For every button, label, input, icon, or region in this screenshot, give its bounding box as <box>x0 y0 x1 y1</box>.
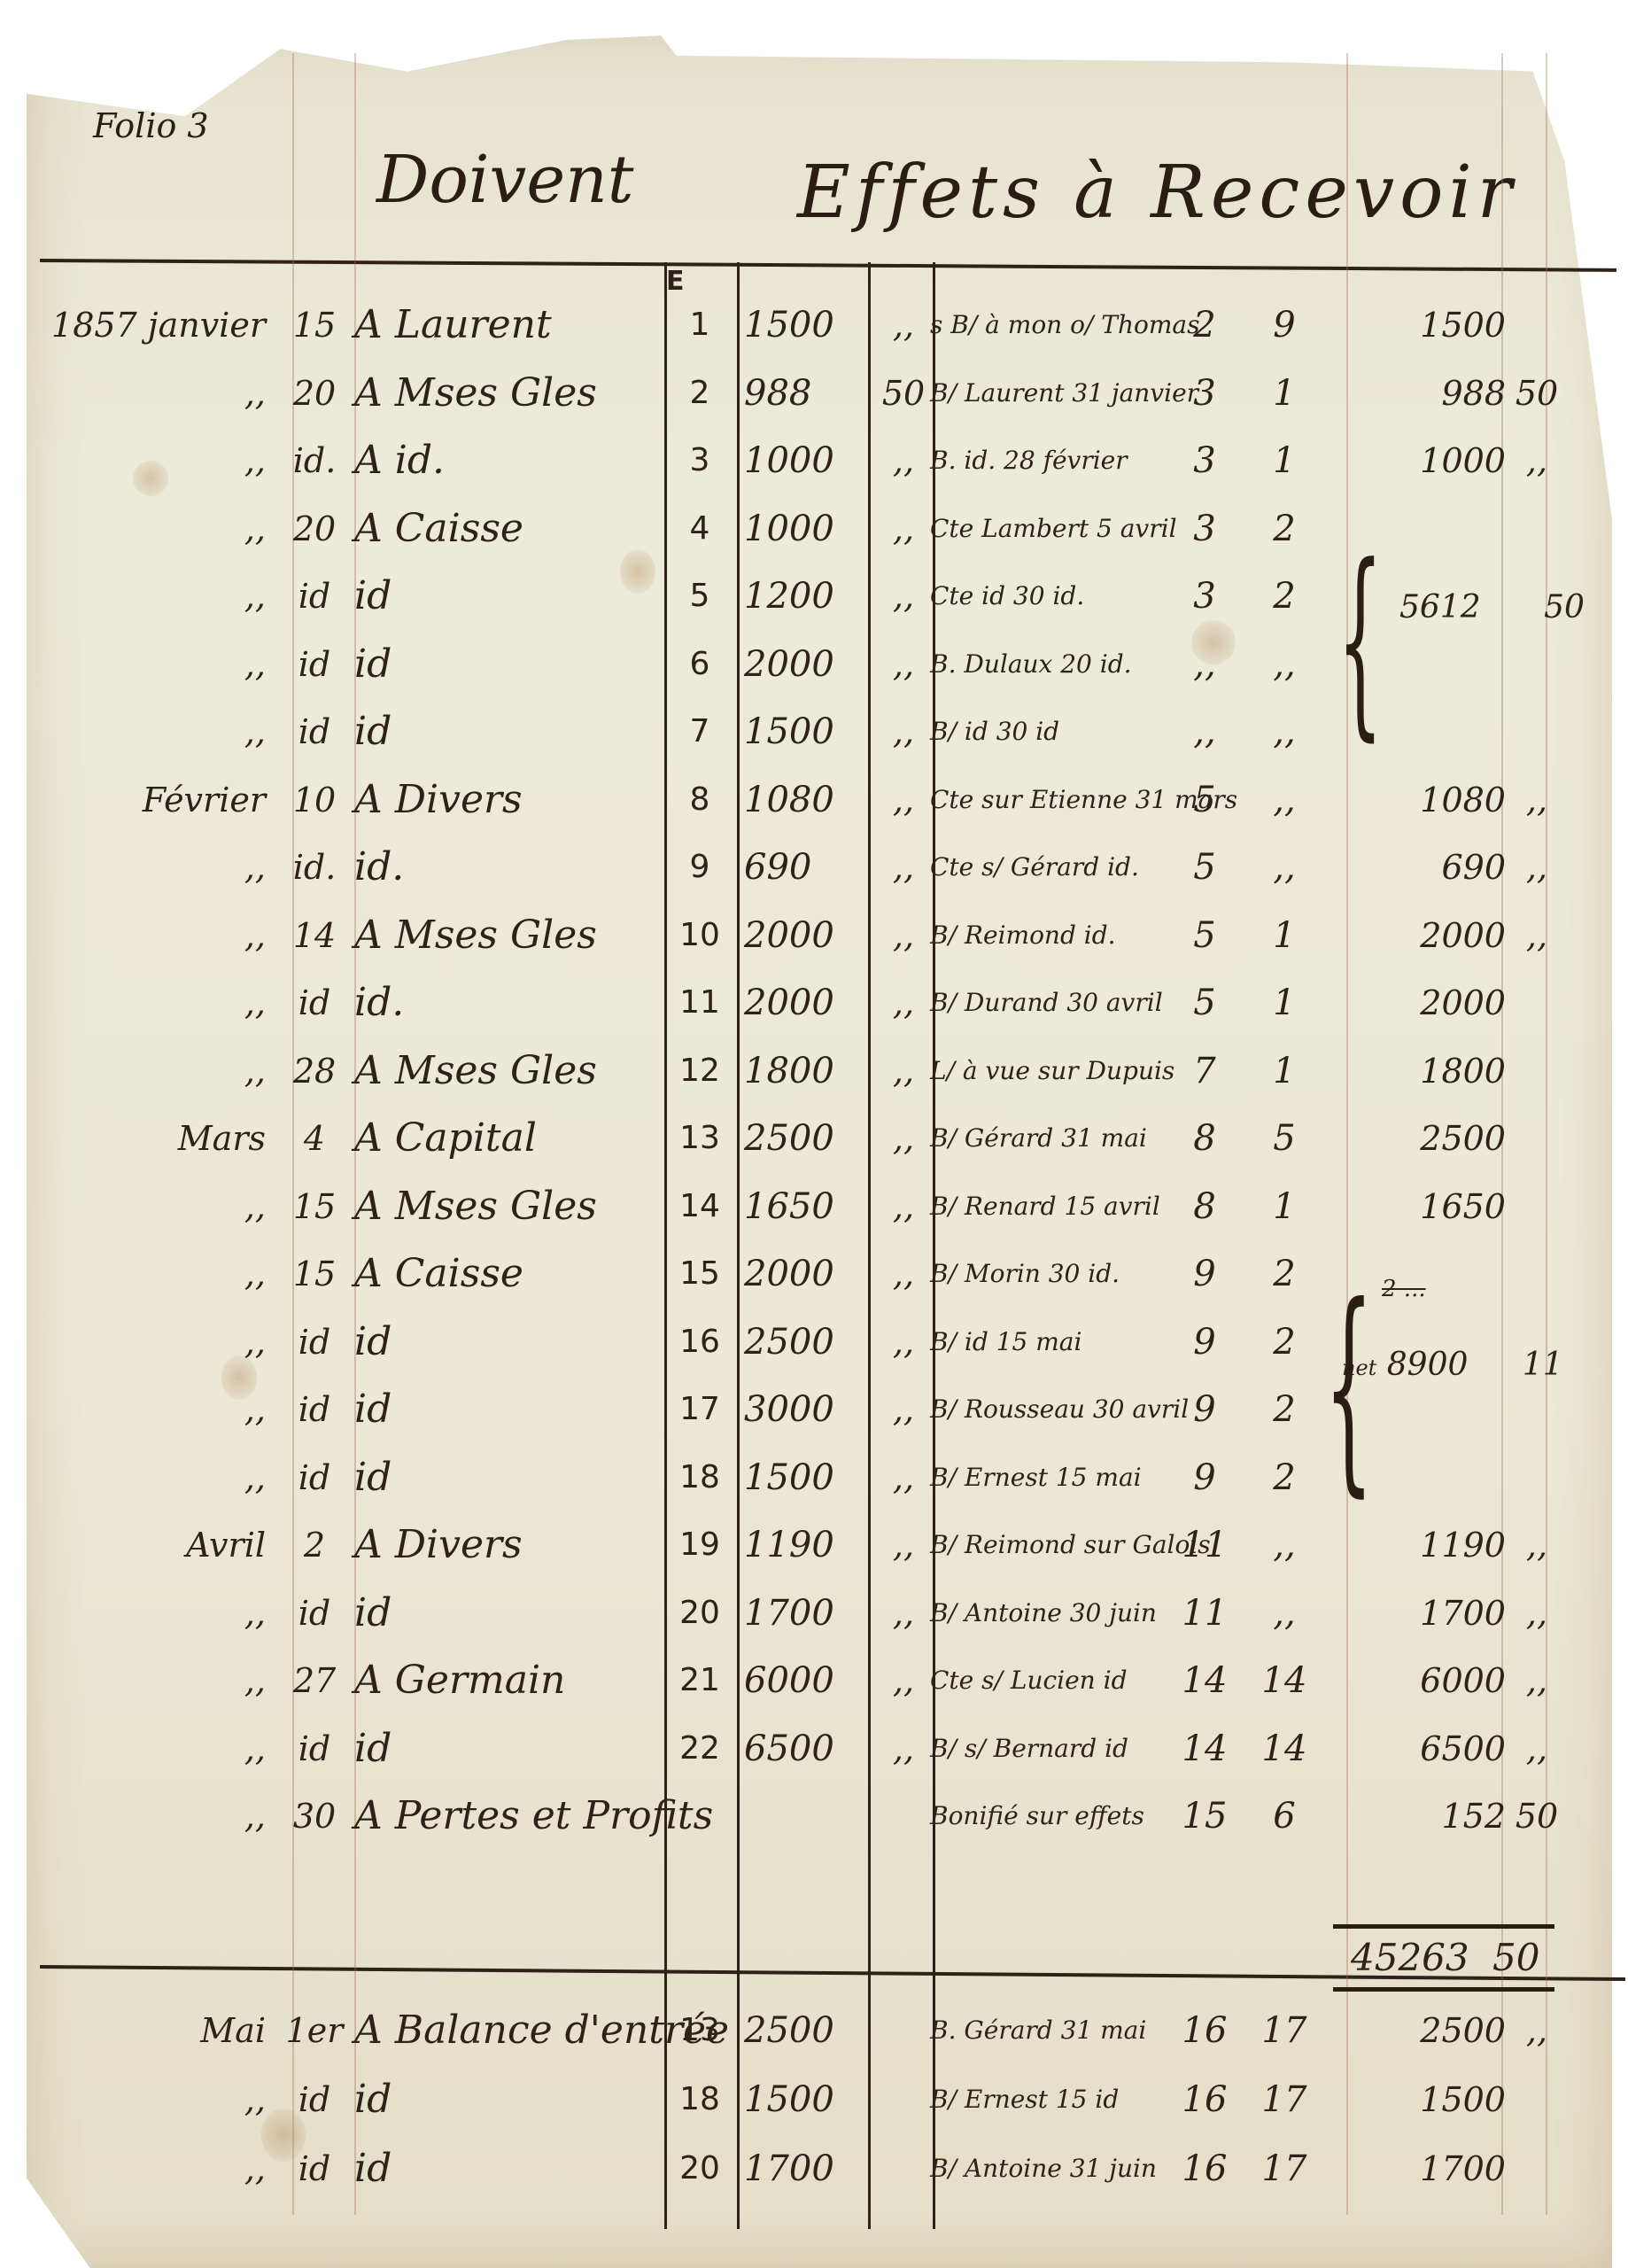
entry-day: 15 <box>283 1174 345 1239</box>
entry-description: B/ id 30 id <box>930 699 1196 765</box>
entry-day: id. <box>283 835 345 900</box>
entry-cents: ,, <box>881 1309 926 1375</box>
table-row: ,,idid201700,,B/ Antoine 30 juin11,,1700… <box>0 1581 1628 1646</box>
entry-number: 21 <box>673 1648 726 1713</box>
table-row: ,,idid181500,,B/ Ernest 15 mai92 <box>0 1445 1628 1511</box>
entry-folio-a: 8 <box>1178 1174 1231 1239</box>
entry-amount: 1700 <box>744 1581 877 1646</box>
entry-amount: 1200 <box>744 563 877 629</box>
entry-description: B. id. 28 février <box>930 428 1196 493</box>
entry-total: 2500 <box>1364 1106 1506 1171</box>
entry-folio-b: ,, <box>1258 835 1311 900</box>
entry-total: 690 <box>1364 835 1506 900</box>
entry-day: id <box>283 970 345 1036</box>
entry-number: 10 <box>673 903 726 968</box>
entry-day: 28 <box>283 1038 345 1104</box>
entry-folio-a: 11 <box>1178 1512 1231 1578</box>
entry-day: id. <box>283 428 345 493</box>
entry-number: 4 <box>673 496 726 562</box>
entry-number: 11 <box>673 970 726 1036</box>
entry-day: 20 <box>283 496 345 562</box>
entry-description: B/ Ernest 15 id <box>930 2067 1196 2132</box>
entry-month: ,, <box>44 1445 266 1511</box>
entry-number: 17 <box>673 1377 726 1442</box>
entry-account: A Mses Gles <box>354 903 655 968</box>
entry-cents: ,, <box>881 1038 926 1104</box>
entry-description: s B/ à mon o/ Thomas <box>930 292 1196 358</box>
entry-amount: 1700 <box>744 2136 877 2202</box>
entry-day: 30 <box>283 1783 345 1849</box>
entry-description: Cte s/ Gérard id. <box>930 835 1196 900</box>
entry-total: 2500 <box>1364 1998 1506 2063</box>
entry-total-cents: ,, <box>1506 1581 1568 1646</box>
entry-cents: ,, <box>881 496 926 562</box>
entry-number: 6 <box>673 632 726 697</box>
entry-account: id <box>354 632 655 697</box>
table-row: ,,14A Mses Gles102000,,B/ Reimond id.512… <box>0 903 1628 968</box>
entry-amount: 1500 <box>744 699 877 765</box>
table-row: Avril2A Divers191190,,B/ Reimond sur Gal… <box>0 1512 1628 1578</box>
entry-folio-a: 5 <box>1178 903 1231 968</box>
entry-number: 22 <box>673 1716 726 1782</box>
entry-day: id <box>283 1581 345 1646</box>
entry-amount: 1500 <box>744 2067 877 2132</box>
entry-folio-a: 9 <box>1178 1445 1231 1511</box>
entry-month: ,, <box>44 835 266 900</box>
table-row: ,,28A Mses Gles121800,,L/ à vue sur Dupu… <box>0 1038 1628 1104</box>
entry-folio-b: 1 <box>1258 428 1311 493</box>
entry-total: 1700 <box>1364 1581 1506 1646</box>
table-row: ,,30A Pertes et ProfitsBonifié sur effet… <box>0 1783 1628 1849</box>
entry-month: ,, <box>44 632 266 697</box>
entry-month: ,, <box>44 1783 266 1849</box>
entry-total: 2000 <box>1364 970 1506 1036</box>
entry-account: id <box>354 1445 655 1511</box>
table-row: ,,idid51200,,Cte id 30 id.32 <box>0 563 1628 629</box>
entry-folio-b: 1 <box>1258 970 1311 1036</box>
entry-number: 8 <box>673 767 726 833</box>
entry-folio-a: 3 <box>1178 428 1231 493</box>
entry-month: 1857 janvier <box>44 292 266 358</box>
entry-month: ,, <box>44 2136 266 2202</box>
entry-description: B/ Reimond sur Galois <box>930 1512 1196 1578</box>
entry-folio-b: 14 <box>1258 1716 1311 1782</box>
entry-folio-a: 2 <box>1178 292 1231 358</box>
entry-description: B/ Laurent 31 janvier <box>930 361 1196 426</box>
table-row: Mai1erA Balance d'entrée132500B. Gérard … <box>0 1998 1628 2063</box>
entry-description: B/ Reimond id. <box>930 903 1196 968</box>
entry-account: id <box>354 2067 655 2132</box>
entry-total: 6500 <box>1364 1716 1506 1782</box>
entry-month: ,, <box>44 1581 266 1646</box>
entry-folio-a: 9 <box>1178 1309 1231 1375</box>
entry-cents: ,, <box>881 903 926 968</box>
entry-month: ,, <box>44 970 266 1036</box>
entry-day: 14 <box>283 903 345 968</box>
table-row: ,,idid71500,,B/ id 30 id,,,, <box>0 699 1628 765</box>
table-row: 1857 janvier15A Laurent11500,,s B/ à mon… <box>0 292 1628 358</box>
entry-number: 15 <box>673 1241 726 1307</box>
entry-folio-a: 5 <box>1178 767 1231 833</box>
entry-account: id <box>354 1309 655 1375</box>
entry-total-cents: ,, <box>1506 1716 1568 1782</box>
entry-folio-a: 14 <box>1178 1716 1231 1782</box>
entry-amount: 988 <box>744 361 877 426</box>
entry-month: Avril <box>44 1512 266 1578</box>
table-row: ,,27A Germain216000,,Cte s/ Lucien id141… <box>0 1648 1628 1713</box>
entry-cents: ,, <box>881 563 926 629</box>
entry-account: A Mses Gles <box>354 1038 655 1104</box>
entry-account: A Mses Gles <box>354 1174 655 1239</box>
entry-day: id <box>283 563 345 629</box>
entry-total: 1000 <box>1364 428 1506 493</box>
entry-cents: ,, <box>881 1581 926 1646</box>
entry-cents: ,, <box>881 835 926 900</box>
entry-folio-b: 17 <box>1258 2136 1311 2202</box>
group-total-1: 5612 50 <box>1399 589 1585 625</box>
table-row: ,,idid173000,,B/ Rousseau 30 avril92 <box>0 1377 1628 1442</box>
entry-folio-a: 8 <box>1178 1106 1231 1171</box>
entry-folio-a: 16 <box>1178 1998 1231 2063</box>
entry-folio-a: 15 <box>1178 1783 1231 1849</box>
entry-account: A Divers <box>354 1512 655 1578</box>
entry-folio-b: 1 <box>1258 1038 1311 1104</box>
entry-number: 7 <box>673 699 726 765</box>
entry-folio-b: ,, <box>1258 1581 1311 1646</box>
entry-folio-b: 1 <box>1258 361 1311 426</box>
entry-description: L/ à vue sur Dupuis <box>930 1038 1196 1104</box>
entry-description: B/ Ernest 15 mai <box>930 1445 1196 1511</box>
entry-month: ,, <box>44 1038 266 1104</box>
entry-month: Mai <box>44 1998 266 2063</box>
entry-folio-a: 9 <box>1178 1241 1231 1307</box>
entry-amount: 1190 <box>744 1512 877 1578</box>
entry-amount: 1650 <box>744 1174 877 1239</box>
entry-account: id <box>354 2136 655 2202</box>
entry-amount: 1500 <box>744 292 877 358</box>
entry-day: 10 <box>283 767 345 833</box>
entry-number: 18 <box>673 2067 726 2132</box>
entry-day: id <box>283 1716 345 1782</box>
entry-total: 1500 <box>1364 2067 1506 2132</box>
entry-account: A Germain <box>354 1648 655 1713</box>
group-brace: { <box>1324 1258 1374 1516</box>
entry-cents: ,, <box>881 1716 926 1782</box>
table-row: ,,id.id.9690,,Cte s/ Gérard id.5,,690,, <box>0 835 1628 900</box>
entry-account: A Pertes et Profits <box>354 1783 655 1849</box>
entry-amount: 1500 <box>744 1445 877 1511</box>
entry-total-cents: ,, <box>1506 903 1568 968</box>
entry-account: id <box>354 699 655 765</box>
left-heading: Doivent <box>376 142 634 218</box>
entry-number: 1 <box>673 292 726 358</box>
group-brace: { <box>1337 523 1383 759</box>
entry-account: id <box>354 1716 655 1782</box>
entry-folio-a: 16 <box>1178 2067 1231 2132</box>
table-row: ,,idid226500,,B/ s/ Bernard id14146500,, <box>0 1716 1628 1782</box>
entry-cents: ,, <box>881 1512 926 1578</box>
grand-total: 45263 50 <box>1333 1924 1554 1992</box>
entry-number: 13 <box>673 1106 726 1171</box>
entry-number: 9 <box>673 835 726 900</box>
entry-folio-b: 1 <box>1258 903 1311 968</box>
entry-day: id <box>283 1377 345 1442</box>
entry-cents: ,, <box>881 1377 926 1442</box>
entry-folio-a: 9 <box>1178 1377 1231 1442</box>
entry-account: id <box>354 1581 655 1646</box>
entry-folio-a: 5 <box>1178 835 1231 900</box>
entry-folio-b: 2 <box>1258 1309 1311 1375</box>
entry-month: ,, <box>44 1309 266 1375</box>
table-row: ,,idid62000,,B. Dulaux 20 id.,,,, <box>0 632 1628 697</box>
entry-day: id <box>283 2067 345 2132</box>
entry-day: 15 <box>283 292 345 358</box>
entry-account: A Caisse <box>354 1241 655 1307</box>
entry-day: 2 <box>283 1512 345 1578</box>
entry-folio-a: ,, <box>1178 632 1231 697</box>
entry-cents: ,, <box>881 428 926 493</box>
entry-total-cents: ,, <box>1506 1998 1568 2063</box>
entry-number: 13 <box>673 1998 726 2063</box>
entry-number: 19 <box>673 1512 726 1578</box>
entry-description: B. Gérard 31 mai <box>930 1998 1196 2063</box>
entry-folio-a: 3 <box>1178 496 1231 562</box>
entry-description: B/ Antoine 31 juin <box>930 2136 1196 2202</box>
entry-number: 20 <box>673 1581 726 1646</box>
entry-total-cents: ,, <box>1506 835 1568 900</box>
entry-folio-b: ,, <box>1258 767 1311 833</box>
entry-number: 16 <box>673 1309 726 1375</box>
entry-amount: 2500 <box>744 1106 877 1171</box>
entry-day: 4 <box>283 1106 345 1171</box>
entry-account: id. <box>354 970 655 1036</box>
entry-cents: ,, <box>881 632 926 697</box>
entry-cents: ,, <box>881 1241 926 1307</box>
entry-total: 152 <box>1364 1783 1506 1849</box>
entry-total-cents: ,, <box>1506 428 1568 493</box>
table-row: ,,id.A id.31000,,B. id. 28 février311000… <box>0 428 1628 493</box>
entry-month: ,, <box>44 1241 266 1307</box>
entry-total: 988 <box>1364 361 1506 426</box>
entry-number: 2 <box>673 361 726 426</box>
entry-cents: ,, <box>881 970 926 1036</box>
table-row: ,,idid.112000,,B/ Durand 30 avril512000 <box>0 970 1628 1036</box>
entry-amount: 2000 <box>744 903 877 968</box>
entry-day: id <box>283 632 345 697</box>
entry-description: B/ Durand 30 avril <box>930 970 1196 1036</box>
entry-number: 3 <box>673 428 726 493</box>
entry-description: B/ Gérard 31 mai <box>930 1106 1196 1171</box>
entry-month: ,, <box>44 903 266 968</box>
entry-folio-b: 9 <box>1258 292 1311 358</box>
table-row: ,,idid181500B/ Ernest 15 id16171500 <box>0 2067 1628 2132</box>
entry-amount: 1080 <box>744 767 877 833</box>
entry-folio-b: ,, <box>1258 699 1311 765</box>
entry-cents: ,, <box>881 767 926 833</box>
entry-cents: ,, <box>881 1648 926 1713</box>
entry-amount: 2000 <box>744 970 877 1036</box>
entry-description: B/ Renard 15 avril <box>930 1174 1196 1239</box>
entry-folio-b: 2 <box>1258 496 1311 562</box>
entry-folio-b: 6 <box>1258 1783 1311 1849</box>
entry-cents: ,, <box>881 699 926 765</box>
entry-account: A Caisse <box>354 496 655 562</box>
entry-folio-a: 7 <box>1178 1038 1231 1104</box>
entry-amount: 690 <box>744 835 877 900</box>
entry-number: 18 <box>673 1445 726 1511</box>
entry-cents: ,, <box>881 1174 926 1239</box>
entry-description: B/ Antoine 30 juin <box>930 1581 1196 1646</box>
entry-amount: 1800 <box>744 1038 877 1104</box>
entry-account: A Divers <box>354 767 655 833</box>
entry-amount: 2000 <box>744 1241 877 1307</box>
entry-total-cents: 50 <box>1506 361 1568 426</box>
entry-folio-b: ,, <box>1258 1512 1311 1578</box>
entry-cents: ,, <box>881 292 926 358</box>
entry-description: B/ Rousseau 30 avril <box>930 1377 1196 1442</box>
entry-month: ,, <box>44 361 266 426</box>
entry-folio-a: ,, <box>1178 699 1231 765</box>
entry-description: Cte Lambert 5 avril <box>930 496 1196 562</box>
entry-description: B/ s/ Bernard id <box>930 1716 1196 1782</box>
entry-cents: 50 <box>881 361 926 426</box>
entry-description: B/ id 15 mai <box>930 1309 1196 1375</box>
entry-month: Février <box>44 767 266 833</box>
entry-month: ,, <box>44 1716 266 1782</box>
entry-description: Cte s/ Lucien id <box>930 1648 1196 1713</box>
entry-folio-a: 3 <box>1178 563 1231 629</box>
entry-day: id <box>283 1309 345 1375</box>
table-row: ,,15A Mses Gles141650,,B/ Renard 15 avri… <box>0 1174 1628 1239</box>
entry-total: 2000 <box>1364 903 1506 968</box>
entry-total: 6000 <box>1364 1648 1506 1713</box>
entry-amount: 6000 <box>744 1648 877 1713</box>
entry-total: 1650 <box>1364 1174 1506 1239</box>
entry-day: id <box>283 1445 345 1511</box>
entry-total-cents: ,, <box>1506 767 1568 833</box>
entry-month: ,, <box>44 1174 266 1239</box>
entry-folio-b: 2 <box>1258 1445 1311 1511</box>
entry-folio-b: 1 <box>1258 1174 1311 1239</box>
entry-month: ,, <box>44 699 266 765</box>
entry-month: ,, <box>44 1648 266 1713</box>
entry-month: ,, <box>44 428 266 493</box>
entry-account: A Laurent <box>354 292 655 358</box>
entry-amount: 2500 <box>744 1309 877 1375</box>
entry-folio-b: 14 <box>1258 1648 1311 1713</box>
entry-day: 27 <box>283 1648 345 1713</box>
group-total-2: net 8900 11 <box>1342 1347 1563 1383</box>
entry-amount: 6500 <box>744 1716 877 1782</box>
entry-total: 1190 <box>1364 1512 1506 1578</box>
entry-account: id <box>354 563 655 629</box>
entry-day: 15 <box>283 1241 345 1307</box>
entry-day: 20 <box>283 361 345 426</box>
right-heading: Effets à Recevoir <box>797 151 1517 235</box>
entry-amount: 2000 <box>744 632 877 697</box>
entry-month: ,, <box>44 1377 266 1442</box>
entry-account: id <box>354 1377 655 1442</box>
entry-folio-b: 17 <box>1258 1998 1311 2063</box>
entry-folio-a: 3 <box>1178 361 1231 426</box>
entry-account: A Balance d'entrée <box>354 1998 655 2063</box>
entry-day: id <box>283 2136 345 2202</box>
table-row: Février10A Divers81080,,Cte sur Etienne … <box>0 767 1628 833</box>
entry-description: B/ Morin 30 id. <box>930 1241 1196 1307</box>
entry-folio-b: 2 <box>1258 563 1311 629</box>
entry-month: Mars <box>44 1106 266 1171</box>
entry-total: 1080 <box>1364 767 1506 833</box>
table-row: Mars4A Capital132500,,B/ Gérard 31 mai85… <box>0 1106 1628 1171</box>
entry-number: 5 <box>673 563 726 629</box>
entry-amount: 1000 <box>744 428 877 493</box>
entry-folio-b: 2 <box>1258 1241 1311 1307</box>
entry-folio-b: 17 <box>1258 2067 1311 2132</box>
entry-amount: 1000 <box>744 496 877 562</box>
entry-description: B. Dulaux 20 id. <box>930 632 1196 697</box>
entry-folio-a: 5 <box>1178 970 1231 1036</box>
table-row: ,,20A Mses Gles298850B/ Laurent 31 janvi… <box>0 361 1628 426</box>
entry-description: Cte sur Etienne 31 mars <box>930 767 1196 833</box>
entry-day: 1er <box>283 1998 345 2063</box>
entry-total-cents: ,, <box>1506 1512 1568 1578</box>
entry-amount: 3000 <box>744 1377 877 1442</box>
entry-number: 20 <box>673 2136 726 2202</box>
entry-account: A id. <box>354 428 655 493</box>
table-row: ,,idid201700B/ Antoine 31 juin16171700 <box>0 2136 1628 2202</box>
entry-folio-b: 2 <box>1258 1377 1311 1442</box>
entry-cents: ,, <box>881 1106 926 1171</box>
entry-total: 1800 <box>1364 1038 1506 1104</box>
entry-folio-b: ,, <box>1258 632 1311 697</box>
entry-month: ,, <box>44 563 266 629</box>
group-total-struck: 2 ... <box>1382 1276 1426 1302</box>
entry-number: 12 <box>673 1038 726 1104</box>
entry-folio-a: 11 <box>1178 1581 1231 1646</box>
entry-folio-a: 16 <box>1178 2136 1231 2202</box>
grand-total-amount: 45263 <box>1351 1929 1469 1987</box>
grand-total-cents: 50 <box>1492 1929 1539 1987</box>
entry-description: Cte id 30 id. <box>930 563 1196 629</box>
entry-description: Bonifié sur effets <box>930 1783 1196 1849</box>
entry-folio-a: 14 <box>1178 1648 1231 1713</box>
entry-account: A Mses Gles <box>354 361 655 426</box>
entry-total: 1700 <box>1364 2136 1506 2202</box>
entry-amount: 2500 <box>744 1998 877 2063</box>
entry-account: id. <box>354 835 655 900</box>
entry-month: ,, <box>44 2067 266 2132</box>
entry-folio-b: 5 <box>1258 1106 1311 1171</box>
entry-day: id <box>283 699 345 765</box>
folio-label: Folio 3 <box>93 106 209 145</box>
entry-cents: ,, <box>881 1445 926 1511</box>
table-row: ,,20A Caisse41000,,Cte Lambert 5 avril32 <box>0 496 1628 562</box>
entry-number: 14 <box>673 1174 726 1239</box>
entry-total-cents: ,, <box>1506 1648 1568 1713</box>
entry-account: A Capital <box>354 1106 655 1171</box>
entry-month: ,, <box>44 496 266 562</box>
entry-total: 1500 <box>1364 292 1506 358</box>
entry-total-cents: 50 <box>1506 1783 1568 1849</box>
